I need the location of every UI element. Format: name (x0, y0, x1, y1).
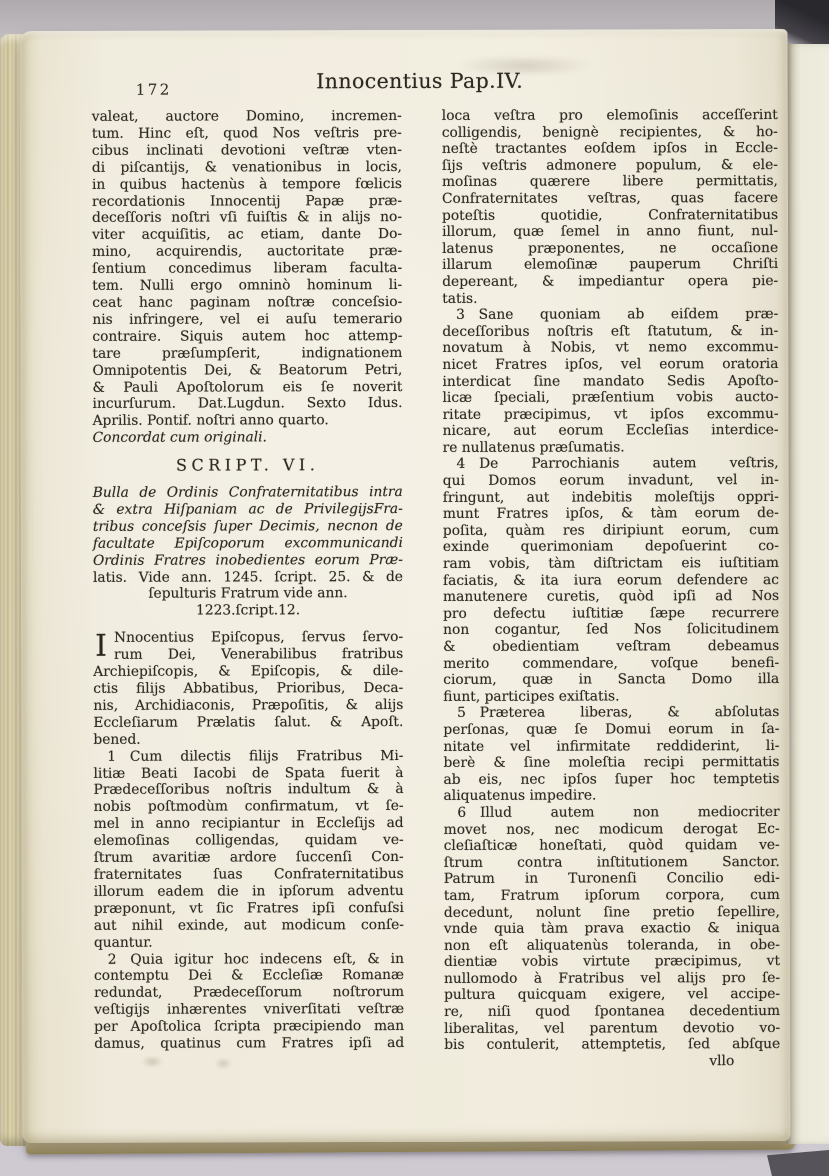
text-line: Ordinis Fratres inobedientes eorum Præ- (93, 552, 403, 570)
text-line: 1223.ſcript.12. (93, 602, 403, 620)
text-line: incurſurum. Dat.Lugdun. Sexto Idus. (93, 395, 403, 413)
running-title: Innocentius Pap.IV. (36, 68, 804, 94)
text-line: ſepulturis Fratrum vide ann. (93, 585, 403, 603)
paragraph-6: 6 Illud autem non mediocritermovet nos, … (444, 804, 781, 1054)
text-line: contraire. Siquis autem hoc attemp- (92, 328, 402, 346)
text-line: ram vobis, tàm diſtrictam eis iuſtitiam (443, 555, 779, 572)
next-page-edge (786, 44, 829, 1144)
paragraph-2: 2 Quia igitur hoc indecens eſt, & incont… (94, 951, 404, 1053)
paragraph-5: 5 Præterea liberas, & abſolutasperſonas,… (443, 704, 779, 804)
text-line: non eſt aliquatenùs toleranda, in obe- (444, 937, 780, 954)
text-line: faciatis, & ita iura eorum defendere ac (443, 572, 779, 589)
text-line: re, niſi quod ſpontanea decedentium (444, 1003, 780, 1020)
text-line: Bulla de Ordinis Confraternitatibus intr… (93, 484, 403, 502)
bulla-summary-centered: ſepulturis Fratrum vide ann.1223.ſcript.… (93, 585, 403, 620)
text-line: vllo (444, 1053, 734, 1070)
text-line: litiæ Beati Iacobi de Spata fuerit à (93, 765, 403, 783)
text-line: 5 Præterea liberas, & abſolutas (443, 704, 779, 721)
text-line: mel in anno recipiantur in Eccleſijs ad (94, 815, 404, 833)
text-line: nis infringere, vel ei auſu temerario (92, 311, 402, 329)
text-line: di piſcantijs, & venationibus in locis, (92, 159, 402, 177)
text-line: Prædeceſſoribus noſtris indultum & à (94, 781, 404, 799)
faded-signature-mark (212, 1058, 234, 1068)
text-line: bened. (93, 731, 403, 749)
text-line: 2 Quia igitur hoc indecens eſt, & in (94, 951, 404, 969)
text-line: ſijs veſtris admonere populum, & ele- (442, 157, 778, 174)
text-line: facultate Epiſcoporum excommunicandi (93, 535, 403, 553)
text-line: 3 Sane quoniam ab eiſdem præ- (442, 306, 778, 323)
text-line: latenus præponentes, ne occaſione (442, 240, 778, 257)
bulla-summary-continued: latis. Vide ann. 1245. ſcript. 25. & de (93, 569, 403, 587)
text-line: SCRIPT. VI. (93, 457, 403, 475)
text-line: nobis poſtmodùm confirmatum, vt ſe- (94, 798, 404, 816)
paragraph-loca: loca veſtra pro elemoſinis acceſſerintco… (442, 107, 779, 307)
text-line: munt Fratres ipſos, & tàm eorum de- (443, 505, 779, 522)
concordat-line: Concordat cum originali. (93, 429, 403, 447)
salutation-paragraph: INnocentius Epiſcopus, ſervus ſervo-rum … (93, 629, 403, 748)
text-line: cleſiaſticæ honeſtati, quòd quidam ve- (444, 837, 780, 854)
section-heading: SCRIPT. VI. (93, 457, 403, 475)
right-column: loca veſtra pro elemoſinis acceſſerintco… (442, 107, 781, 1070)
text-line: rum Dei, Venerabilibus fratribus (93, 646, 403, 664)
text-line: vnde quia tàm prava exactio & iniqua (444, 920, 780, 937)
text-line: tum. Hinc eſt, quod Nos veſtris pre- (92, 125, 402, 143)
text-line: in quibus hactenùs à tempore fœlicis (92, 176, 402, 194)
faded-signature-mark (138, 1057, 166, 1067)
text-line: nicare, aut eorum Eccleſias interdice- (443, 422, 779, 439)
text-line: nicet Fratres ipſos, vel eorum oratoria (442, 356, 778, 373)
text-line: ctis filijs Abbatibus, Prioribus, Deca- (93, 680, 403, 698)
text-line: dientiæ vobis virtute præcipimus, vt (444, 953, 780, 970)
text-line: berè & ſine moleſtia recipi permittatis (443, 754, 779, 771)
text-line: ciorum, quæ in Sancta Domo illa (443, 671, 779, 688)
text-line: elemoſinas colligendas, quidam ve- (94, 832, 404, 850)
text-line: pultura quicquam exigere, vel accipe- (444, 986, 780, 1003)
text-line: ab eis, nec ipſos ſuper hoc temptetis (443, 771, 779, 788)
text-line: Omnipotentis Dei, & Beatorum Petri, (92, 362, 402, 380)
text-line: latis. Vide ann. 1245. ſcript. 25. & de (93, 569, 403, 587)
text-line: perſonas, quæ ſe Domui eorum in ſa- (443, 721, 779, 738)
text-line: licæ ſpeciali, præſentium vobis aucto- (442, 389, 778, 406)
text-line: nullomodo à Fratribus vel alijs pro ſe- (444, 970, 780, 987)
text-line: nis, Archidiaconis, Præpoſitis, & alijs (93, 697, 403, 715)
text-line: tem. Nulli ergo omninò hominum li- (92, 277, 402, 295)
text-line: decedunt, nolunt ſine pretio ſepellire, (444, 904, 780, 921)
text-line: fringunt, aut indebitis moleſtijs oppri- (443, 489, 779, 506)
text-line: ſentium concedimus liberam faculta- (92, 260, 402, 278)
text-line: & Pauli Apoſtolorum eis ſe noverit (92, 379, 402, 397)
text-line: deceſſoribus noſtris eſt ſtatutum, & in- (442, 323, 778, 340)
text-line: damus, quatinus cum Fratres ipſi ad (94, 1035, 404, 1053)
text-line: Nnocentius Epiſcopus, ſervus ſervo- (93, 629, 403, 647)
text-line: poſita, quàm res diripiunt eorum, cum (443, 522, 779, 539)
text-line: aliquatenus impedire. (444, 787, 780, 804)
catchword: vllo (444, 1053, 780, 1070)
text-line: re nullatenus præſumatis. (443, 439, 779, 456)
text-line: fraternitates ſuas Confraternitatibus (94, 866, 404, 884)
bulla-summary: Bulla de Ordinis Confraternitatibus intr… (93, 484, 403, 569)
text-line: & obedientiam veſtram debeamus (443, 638, 779, 655)
text-line: interdicat ſine mandato Sedis Apoſto- (442, 373, 778, 390)
text-line: liberalitas, vel parentum devotio vo- (444, 1020, 780, 1037)
text-line: pro defectu iuſtitiæ ſæpe recurrere (443, 605, 779, 622)
text-line: ritate præcipimus, vt ipſos excommu- (443, 406, 779, 423)
text-line: non cogantur, ſed Nos ſolicitudinem (443, 621, 779, 638)
text-line: tatis. (442, 290, 778, 307)
text-line: Aprilis. Pontif. noſtri anno quarto. (93, 412, 403, 430)
text-line: poteſtis quotidie, Confraternitatibus (442, 207, 778, 224)
text-line: colligendis, benignè recipientes, & ho- (442, 124, 778, 141)
text-line: contemptu Dei & Eccleſiæ Romanæ (94, 967, 404, 985)
left-column: valeat, auctore Domino, incremen-tum. Hi… (92, 108, 405, 1071)
text-line: 1 Cum dilectis filijs Fratribus Mi- (93, 748, 403, 766)
paragraph-valeat: valeat, auctore Domino, incremen-tum. Hi… (92, 108, 403, 430)
text-line: præponunt, vt ſic Fratres ipſi confuſsi (94, 900, 404, 918)
text-line: Eccleſiarum Prælatis ſalut. & Apoſt. (93, 714, 403, 732)
book-page: 172 Innocentius Pap.IV. valeat, auctore … (20, 29, 791, 1143)
text-line: mino, acquirendis, auctoritate præ- (92, 243, 402, 261)
text-line: redundat, Prædeceſſorum noſtrorum (94, 984, 404, 1002)
text-line: ſtrum avaritiæ ardore ſuccenſi Con- (94, 849, 404, 867)
paragraph-3: 3 Sane quoniam ab eiſdem præ-deceſſoribu… (442, 306, 778, 456)
text-line: fiunt, participes exiſtatis. (443, 688, 779, 705)
text-line: 6 Illud autem non mediocriter (444, 804, 780, 821)
text-line: Concordat cum originali. (93, 429, 403, 447)
text-line: merito commendare, voſque benefi- (443, 655, 779, 672)
text-line: bis contulerit, attemptetis, ſed abſque (444, 1036, 780, 1053)
text-line: 4 De Parrochianis autem veſtris, (443, 455, 779, 472)
text-line: manutenere curetis, quòd ipſi ad Nos (443, 588, 779, 605)
text-line: neſtè tractantes eoſdem ipſos in Eccle- (442, 140, 778, 157)
paragraph-4: 4 De Parrochianis autem veſtris,qui Domo… (443, 455, 780, 705)
text-line: aut nihil exinde, aut modicum conſe- (94, 917, 404, 935)
text-line: ſtrum contra inſtitutionem Sanctor. (444, 854, 780, 871)
text-line: tribus conceſsis ſuper Decimis, necnon d… (93, 518, 403, 536)
text-line: Patrum in Turonenſi Concilio edi- (444, 870, 780, 887)
drop-cap-letter: I (93, 630, 114, 661)
text-line: valeat, auctore Domino, incremen- (92, 108, 402, 126)
text-line: illorum, quæ ſemel in anno fiunt, nul- (442, 223, 778, 240)
paragraph-1: 1 Cum dilectis filijs Fratribus Mi-litiæ… (93, 748, 404, 952)
text-line: deceſſoris noſtri vſi fuiſtis & in alijs… (92, 209, 402, 227)
text-line: veſtigijs inhærentes vniverſitati veſtræ (94, 1001, 404, 1019)
text-line: Confraternitates veſtras, quas facere (442, 190, 778, 207)
text-line: tare præſumpſerit, indignationem (92, 345, 402, 363)
text-line: movet nos, nec modicum derogat Ec- (444, 821, 780, 838)
text-line: viter acquiſitis, ac etiam, dante Do- (92, 226, 402, 244)
text-line: depereant, & impediantur opera pie- (442, 273, 778, 290)
text-line: illorum eadem die in ipſorum adventu (94, 883, 404, 901)
text-line: nitate vel infirmitate reddiderint, li- (443, 738, 779, 755)
text-line: qui Domos eorum invadunt, vel in- (443, 472, 779, 489)
text-columns: valeat, auctore Domino, incremen-tum. Hi… (92, 107, 781, 1071)
background-dark-bottom-right (767, 1150, 829, 1176)
text-line: cibus inclinati devotioni veſtræ vten- (92, 142, 402, 160)
text-line: illarum elemoſinæ pauperum Chriſti (442, 256, 778, 273)
text-line: moſinas quærere libere permittatis, (442, 173, 778, 190)
text-line: novatum à Nobis, vt nemo excommu- (442, 339, 778, 356)
text-line: quantur. (94, 934, 404, 952)
text-line: per Apoſtolica ſcripta præcipiendo man (94, 1018, 404, 1036)
text-line: tam, Fratrum ipſorum corpora, cum (444, 887, 780, 904)
text-line: recordationis Innocentij Papæ præ- (92, 193, 402, 211)
text-line: & extra Hiſpaniam ac de PrivilegijsFra- (93, 501, 403, 519)
text-line: exinde querimoniam depoſuerint co- (443, 538, 779, 555)
text-line: Archiepiſcopis, & Epiſcopis, & dile- (93, 663, 403, 681)
text-line: loca veſtra pro elemoſinis acceſſerint (442, 107, 778, 124)
text-line: ceat hanc paginam noſtræ conceſsio- (92, 294, 402, 312)
